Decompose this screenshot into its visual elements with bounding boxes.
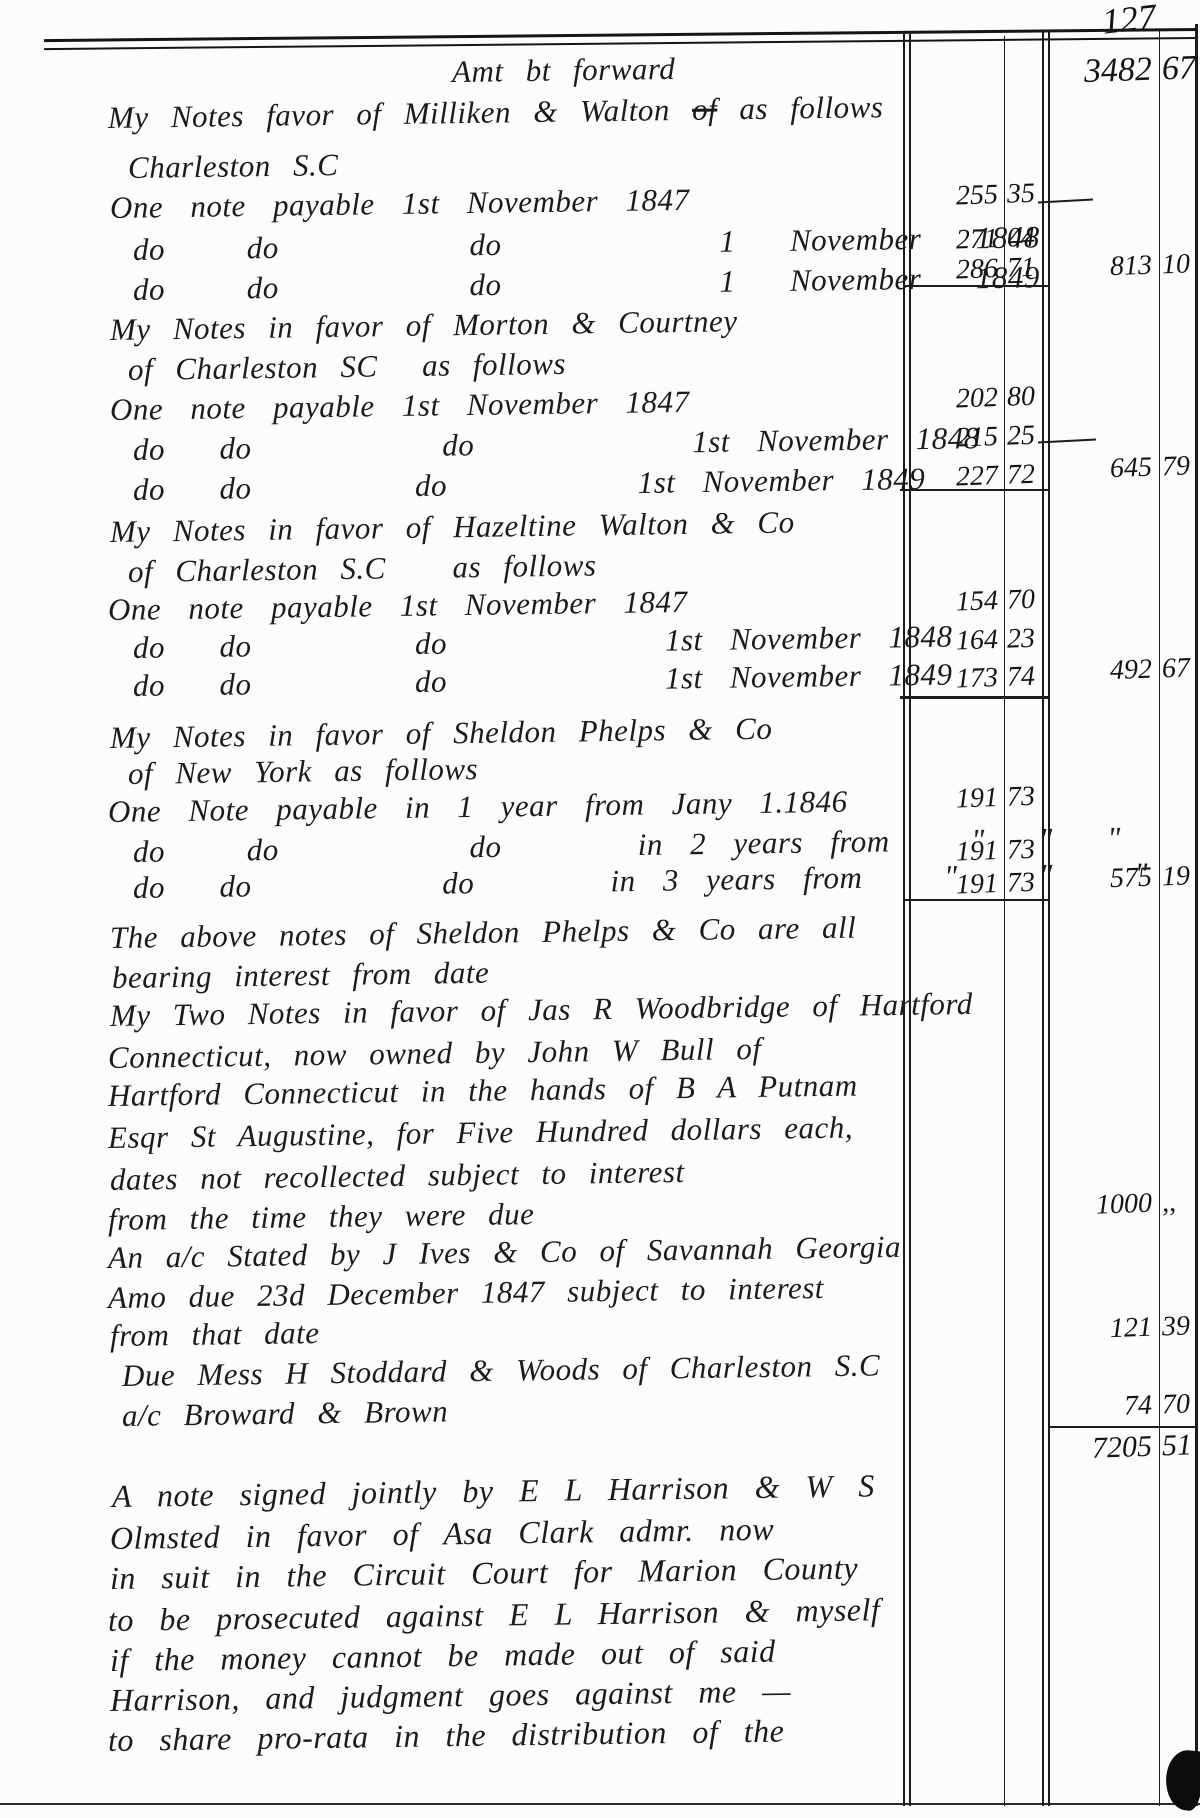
heading-text: as follows xyxy=(717,89,884,126)
amount-dollars: 154 xyxy=(911,585,998,620)
note-paragraph-line: to share pro-rata in the distribution of… xyxy=(108,1711,785,1760)
heading-text: My Notes favor of Milliken & Walton xyxy=(108,92,693,135)
amount-cents: 70 xyxy=(1161,1388,1198,1421)
item-amount: 20280 xyxy=(911,380,1052,417)
amount-dollars: 191 xyxy=(911,868,998,903)
amount-dollars: 191 xyxy=(911,835,998,870)
subtotal-amount: 57519 xyxy=(1027,860,1200,898)
amount-cents: 67 xyxy=(1161,49,1198,88)
amount-cents: 19 xyxy=(1161,860,1198,893)
amount-dollars: 286 xyxy=(911,253,998,288)
note-paragraph-line: The above notes of Sheldon Phelps & Co a… xyxy=(110,908,857,958)
entry-heading-location: Charleston S.C xyxy=(128,145,339,188)
amount-dollars: 7205 xyxy=(1027,1430,1152,1468)
top-rule xyxy=(44,28,1198,50)
item-amount: 19173 xyxy=(911,833,1052,870)
column-rule xyxy=(1042,31,1044,1806)
subtotal-amount: 81310 xyxy=(1027,248,1200,286)
subtotal-amount: 49267 xyxy=(1027,652,1200,690)
amount-cents: 79 xyxy=(1161,450,1198,483)
amount-cents: 04 xyxy=(1006,221,1047,254)
amount-dollars: 813 xyxy=(1027,250,1152,286)
amount-forward: 348267 xyxy=(1027,49,1200,93)
item-amount: 15470 xyxy=(911,583,1052,620)
bottom-rule xyxy=(0,1803,1200,1805)
amount-cents: 73 xyxy=(1006,833,1047,866)
note-paragraph-line: a/c Broward & Brown xyxy=(122,1391,449,1436)
amount-dollars: 191 xyxy=(911,782,998,817)
amount-dollars: 202 xyxy=(911,382,998,417)
entry-heading-milliken: My Notes favor of Milliken & Walton of a… xyxy=(108,87,884,138)
amount-cents: 67 xyxy=(1161,652,1198,685)
note-paragraph-line: Esqr St Augustine, for Five Hundred doll… xyxy=(108,1108,854,1158)
column-rule xyxy=(903,34,905,1806)
note-paragraph-line: Amo due 23d December 1847 subject to int… xyxy=(108,1268,824,1318)
page-edge-rule xyxy=(1195,24,1198,1806)
column-rule xyxy=(1048,31,1050,1806)
amount-dollars: 3482 xyxy=(1027,51,1152,93)
item-amount: 25535 xyxy=(911,177,1052,214)
item-amount: 21525 xyxy=(911,419,1052,456)
ledger-page: 127 Amt bt forward My Notes favor of Mil… xyxy=(0,0,1200,1818)
column-rule xyxy=(1159,30,1160,1806)
amount-dollars: 575 xyxy=(1027,862,1152,898)
subtotal-amount: 12139 xyxy=(1027,1310,1200,1348)
amount-dollars: 173 xyxy=(911,662,998,697)
amount-dollars: 645 xyxy=(1027,452,1152,488)
amount-dollars: 121 xyxy=(1027,1312,1152,1348)
grand-total-rule xyxy=(1048,1426,1198,1428)
amount-dollars: 492 xyxy=(1027,654,1152,690)
note-paragraph-line: from that date xyxy=(110,1313,320,1356)
subtotal-amount: 7470 xyxy=(1027,1388,1200,1426)
amount-forward-label: Amt bt forward xyxy=(452,49,676,92)
note-row: One note payable 1st November 1847 xyxy=(110,180,690,228)
entry-heading-morton: My Notes in favor of Morton & Courtney xyxy=(110,301,738,350)
grand-total-amount: 720551 xyxy=(1027,1428,1200,1468)
amount-cents: ,, xyxy=(1161,1186,1198,1219)
amount-dollars: 1000 xyxy=(1027,1188,1152,1224)
amount-dollars: 74 xyxy=(1027,1390,1152,1426)
entry-heading-hazeltine: My Notes in favor of Hazeltine Walton & … xyxy=(110,502,795,552)
struck-word: of xyxy=(692,91,718,126)
item-amount: 16423 xyxy=(911,622,1052,659)
amount-cents: 25 xyxy=(1006,419,1047,452)
note-paragraph-line: dates not recollected subject to interes… xyxy=(110,1152,685,1200)
amount-dollars: 215 xyxy=(911,421,998,456)
amount-cents: 70 xyxy=(1006,583,1047,616)
amount-cents: 73 xyxy=(1006,780,1047,813)
entry-heading-location: of Charleston SC as follows xyxy=(128,344,567,390)
column-rule xyxy=(1004,36,1005,1806)
column-rule xyxy=(909,34,911,1806)
amount-dollars: 255 xyxy=(911,179,998,214)
subtotal-amount: 1000,, xyxy=(1027,1186,1200,1224)
item-amount: 19173 xyxy=(911,780,1052,817)
subtotal-amount: 64579 xyxy=(1027,450,1200,488)
amount-cents: 23 xyxy=(1006,622,1047,655)
amount-cents: 51 xyxy=(1161,1428,1198,1463)
amount-cents: 80 xyxy=(1006,380,1047,413)
amount-cents: 10 xyxy=(1161,248,1198,281)
amount-dollars: 227 xyxy=(911,460,998,495)
amount-dollars: 164 xyxy=(911,624,998,659)
amount-cents: 35 xyxy=(1006,177,1047,210)
amount-cents: 39 xyxy=(1161,1310,1198,1343)
